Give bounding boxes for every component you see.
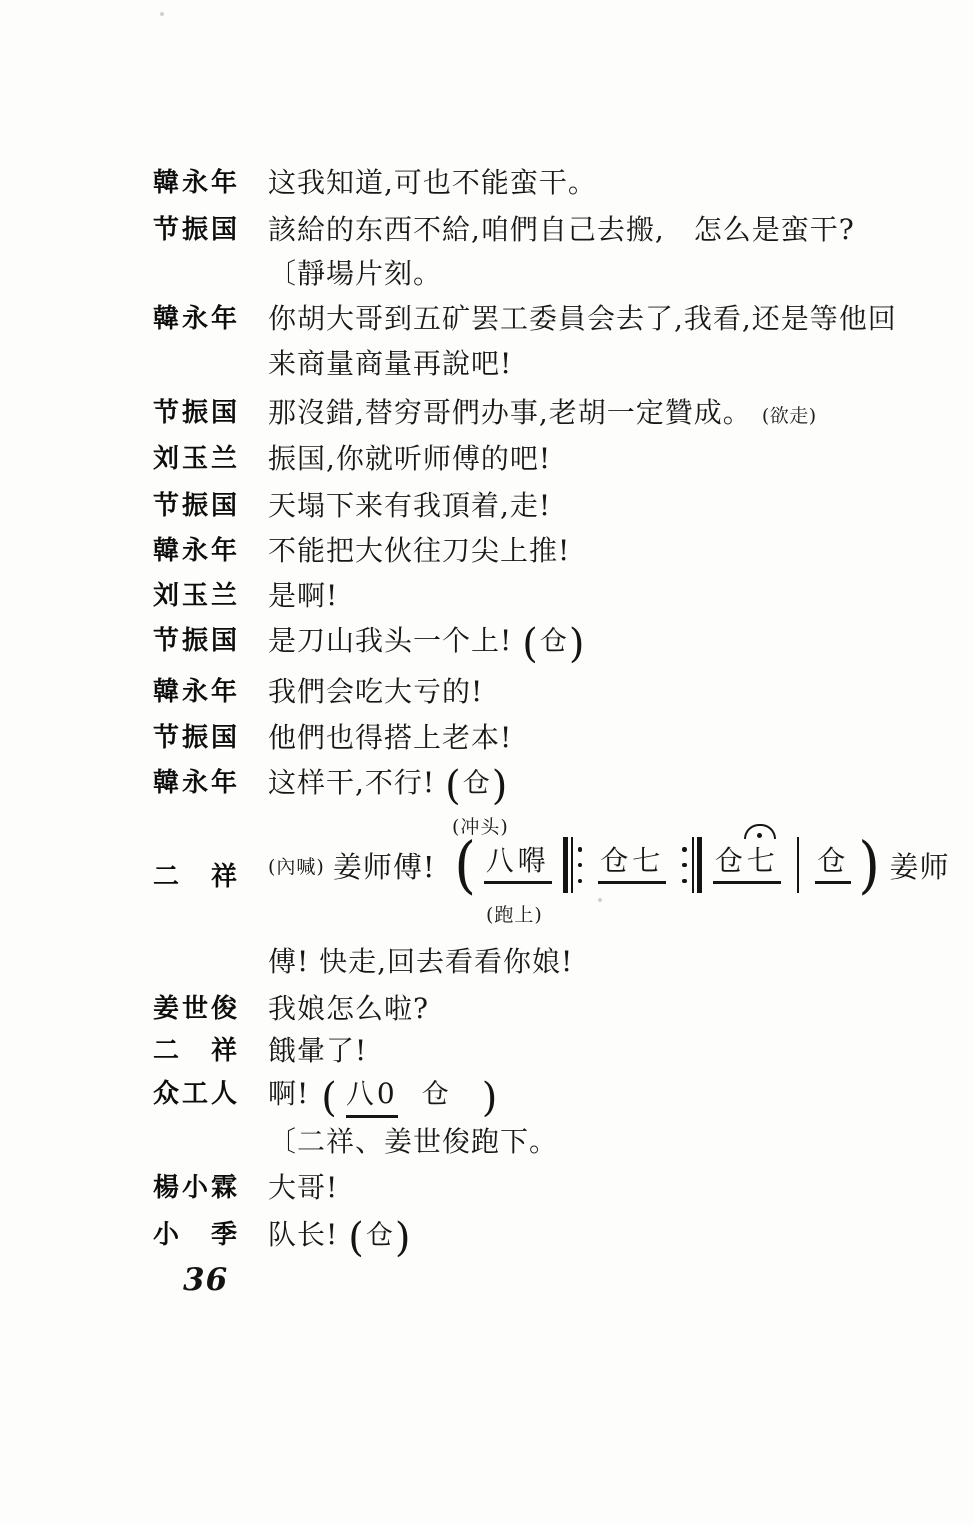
speaker-name: 楊小霖	[153, 1167, 253, 1204]
stage-direction: 〔靜場片刻。	[268, 252, 442, 292]
dialogue-text: 姜师	[889, 845, 949, 886]
speaker-name: 节振国	[153, 209, 253, 246]
page-number: 36	[183, 1262, 228, 1298]
continuation-text: 来商量商量再說吧!	[268, 342, 512, 382]
dialogue-line: 姜世俊 我娘怎么啦?	[0, 987, 974, 1029]
gong-syllable: 仓	[366, 1220, 393, 1251]
speaker-name: 刘玉兰	[153, 438, 253, 475]
dialogue-text: 那沒錯,替穷哥們办事,老胡一定贊成。(欲走)	[268, 391, 817, 431]
dialogue-text: 你胡大哥到五矿罢工委員会去了,我看,还是等他回	[268, 297, 897, 337]
dialogue-continuation-line: 来商量商量再說吧!	[0, 342, 974, 384]
repeat-close-barline	[677, 837, 702, 893]
dialogue-line: 节振国 是刀山我头一个上!(仓)	[0, 619, 974, 661]
percussion-beat: 八嘚	[484, 846, 552, 885]
dialogue-text: 他們也得搭上老本!	[268, 716, 512, 756]
beat-char: 仓	[715, 844, 747, 877]
speaker-name: 韓永年	[153, 671, 253, 708]
speaker-name: 韓永年	[153, 762, 253, 799]
dialogue-text-main: 队长!	[268, 1218, 338, 1251]
dialogue-line: 二 祥 餓暈了!	[0, 1029, 974, 1071]
dialogue-text: 該給的东西不給,咱們自己去搬, 怎么是蛮干?	[268, 208, 855, 248]
speaker-name: 小 季	[153, 1214, 253, 1251]
percussion-beat: 仓	[815, 846, 851, 885]
speaker-name: 刘玉兰	[153, 575, 253, 612]
dialogue-text-main: 这样干,不行!	[268, 766, 435, 799]
stage-direction-line: 〔二祥、姜世俊跑下。	[0, 1120, 974, 1162]
offstage-call-annotation: (內喊)	[268, 852, 325, 879]
speaker-name: 姜世俊	[153, 988, 253, 1025]
dialogue-text: 我娘怎么啦?	[268, 987, 429, 1027]
dialogue-text: 大哥!	[268, 1166, 338, 1206]
percussion-beat: 仓	[422, 1079, 450, 1110]
repeat-open-barline	[563, 837, 588, 893]
dialogue-line: 韓永年 不能把大伙往刀尖上推!	[0, 529, 974, 571]
dialogue-line: 韓永年 我們会吃大亏的!	[0, 670, 974, 712]
dialogue-text: 啊!(八0仓)	[268, 1072, 500, 1112]
notation-open-paren: (	[455, 837, 477, 893]
speaker-name: 韓永年	[153, 162, 253, 199]
percussion-beat: 八0	[346, 1077, 398, 1118]
dialogue-line: 刘玉兰 是啊!	[0, 574, 974, 616]
dialogue-line: 楊小霖 大哥!	[0, 1166, 974, 1208]
dialogue-text-main: 是刀山我头一个上!	[268, 624, 512, 657]
dialogue-text: 不能把大伙往刀尖上推!	[268, 529, 570, 569]
dialogue-line: 节振国 該給的东西不給,咱們自己去搬, 怎么是蛮干?	[0, 208, 974, 250]
scan-speck	[598, 898, 602, 902]
dialogue-line: 刘玉兰 振国,你就听师傅的吧!	[0, 437, 974, 479]
dialogue-line: 节振国 天塌下来有我頂着,走!	[0, 484, 974, 526]
single-barline	[797, 837, 800, 893]
speaker-name: 节振国	[153, 717, 253, 754]
dialogue-line: 韓永年 这样干,不行!(仓)	[0, 761, 974, 803]
dialogue-line: 小 季 队长!(仓)	[0, 1213, 974, 1255]
dialogue-text-main: 啊!	[268, 1077, 309, 1110]
notation-close-paren: )	[858, 837, 880, 893]
percussion-beat: 仓七	[713, 846, 781, 885]
continuation-text: 傅! 快走,回去看看你娘!	[268, 940, 573, 980]
percussion-beat: 仓七	[598, 846, 666, 885]
dialogue-text: 振国,你就听师傅的吧!	[268, 437, 551, 477]
dialogue-line: 节振国 那沒錯,替穷哥們办事,老胡一定贊成。(欲走)	[0, 391, 974, 433]
dialogue-text: 是啊!	[268, 574, 338, 614]
gong-syllable: 仓	[463, 768, 490, 799]
dialogue-continuation-line: 傅! 快走,回去看看你娘!	[0, 940, 974, 982]
speaker-name: 二 祥	[153, 1030, 253, 1067]
gong-syllable: 仓	[540, 626, 567, 657]
dialogue-text: 这样干,不行!(仓)	[268, 761, 509, 801]
speaker-name: 二 祥	[153, 856, 253, 893]
fermata-mark: 七	[747, 846, 779, 877]
dialogue-line: 韓永年 这我知道,可也不能蛮干。	[0, 161, 974, 203]
dialogue-text: 姜师傅!	[333, 845, 436, 886]
dialogue-text: 餓暈了!	[268, 1029, 367, 1069]
dialogue-text: 这我知道,可也不能蛮干。	[268, 161, 597, 201]
speaker-name: 节振国	[153, 620, 253, 657]
dialogue-text-main: 那沒錯,替穷哥們办事,老胡一定贊成。	[268, 396, 752, 429]
dialogue-text: 天塌下来有我頂着,走!	[268, 484, 551, 524]
stage-direction-line: 〔靜場片刻。	[0, 252, 974, 294]
scan-speck	[160, 12, 164, 16]
speaker-name: 韓永年	[153, 298, 253, 335]
percussion-notation-block: 二 祥 (冲头) (內喊) 姜师傅! ( 八嘚 仓七 仓七 仓 ) 姜师 (跑上…	[0, 810, 974, 928]
action-annotation: (欲走)	[762, 405, 817, 427]
dialogue-line: 节振国 他們也得搭上老本!	[0, 716, 974, 758]
dialogue-line: 韓永年 你胡大哥到五矿罢工委員会去了,我看,还是等他回	[0, 297, 974, 339]
workers-line: 众工人 啊!(八0仓)	[0, 1072, 974, 1114]
speaker-name: 韓永年	[153, 530, 253, 567]
speaker-name: 众工人	[153, 1073, 253, 1110]
speaker-name: 节振国	[153, 392, 253, 429]
percussion-line: (內喊) 姜师傅! ( 八嘚 仓七 仓七 仓 ) 姜师	[268, 830, 949, 900]
script-page: 韓永年 这我知道,可也不能蛮干。 节振国 該給的东西不給,咱們自己去搬, 怎么是…	[0, 0, 974, 1524]
speaker-name: 节振国	[153, 485, 253, 522]
dialogue-text: 队长!(仓)	[268, 1213, 412, 1253]
beat-char: 七	[747, 844, 779, 877]
dialogue-text: 我們会吃大亏的!	[268, 670, 483, 710]
stage-direction: 〔二祥、姜世俊跑下。	[268, 1120, 558, 1160]
dialogue-text: 是刀山我头一个上!(仓)	[268, 619, 586, 659]
stage-action-label: (跑上)	[486, 900, 543, 927]
